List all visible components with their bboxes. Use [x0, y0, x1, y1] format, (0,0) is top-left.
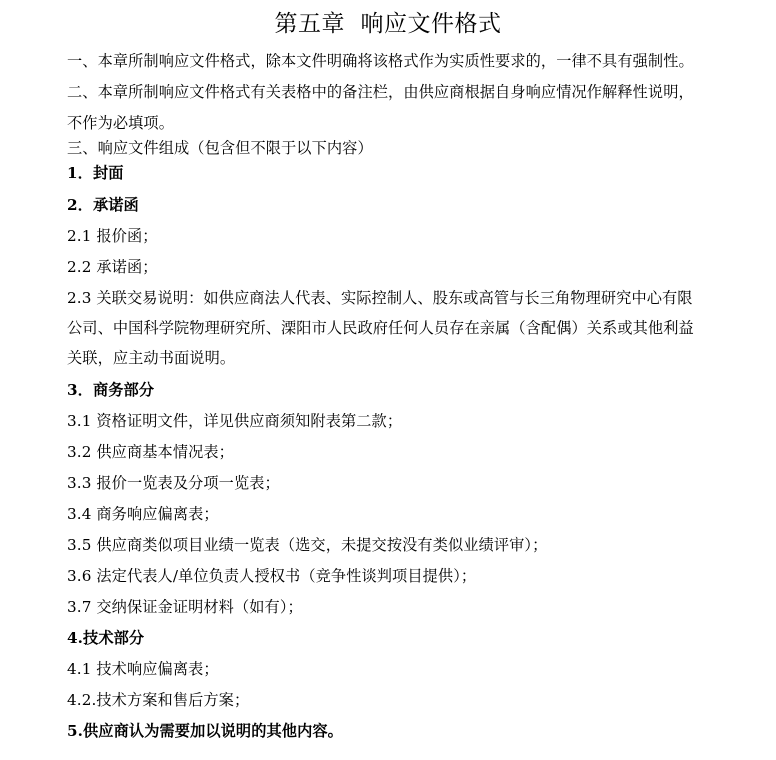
- list-item: 3.1 资格证明文件，详见供应商须知附表第二款；: [67, 410, 402, 432]
- section-heading-technical: 4.技术部分: [67, 627, 144, 649]
- list-item: 3.3 报价一览表及分项一览表；: [67, 472, 280, 494]
- paragraph-2-continued: 不作为必填项。: [67, 112, 174, 134]
- section-heading-other: 5.供应商认为需要加以说明的其他内容。: [67, 720, 343, 742]
- list-item: 2.2 承诺函；: [67, 256, 158, 278]
- list-item-continued: 关联，应主动书面说明。: [67, 347, 235, 369]
- list-item: 2.1 报价函；: [67, 225, 158, 247]
- list-item: 3.6 法定代表人/单位负责人授权书（竞争性谈判项目提供）；: [67, 565, 476, 587]
- list-item: 3.4 商务响应偏离表；: [67, 503, 219, 525]
- list-item: 3.7 交纳保证金证明材料（如有）；: [67, 596, 303, 618]
- chapter-title: 第五章 响应文件格式: [0, 8, 776, 40]
- section-heading-business: 3．商务部分: [67, 379, 154, 401]
- paragraph-3: 三、响应文件组成（包含但不限于以下内容）: [67, 137, 373, 159]
- list-item: 3.5 供应商类似项目业绩一览表（选交，未提交按没有类似业绩评审）；: [67, 534, 547, 556]
- document-page: 第五章 响应文件格式 一、本章所制响应文件格式，除本文件明确将该格式作为实质性要…: [0, 0, 776, 760]
- section-heading-commitment: 2．承诺函: [67, 194, 139, 216]
- list-item: 4.2.技术方案和售后方案；: [67, 689, 249, 711]
- list-item: 4.1 技术响应偏离表；: [67, 658, 219, 680]
- paragraph-1: 一、本章所制响应文件格式，除本文件明确将该格式作为实质性要求的，一律不具有强制性…: [67, 50, 694, 72]
- list-item-continued: 公司、中国科学院物理研究所、溧阳市人民政府任何人员存在亲属（含配偶）关系或其他利…: [67, 317, 694, 339]
- paragraph-2: 二、本章所制响应文件格式有关表格中的备注栏，由供应商根据自身响应情况作解释性说明…: [67, 81, 694, 103]
- section-heading-cover: 1．封面: [67, 162, 124, 184]
- list-item: 3.2 供应商基本情况表；: [67, 441, 234, 463]
- list-item: 2.3 关联交易说明：如供应商法人代表、实际控制人、股东或高管与长三角物理研究中…: [67, 287, 693, 309]
